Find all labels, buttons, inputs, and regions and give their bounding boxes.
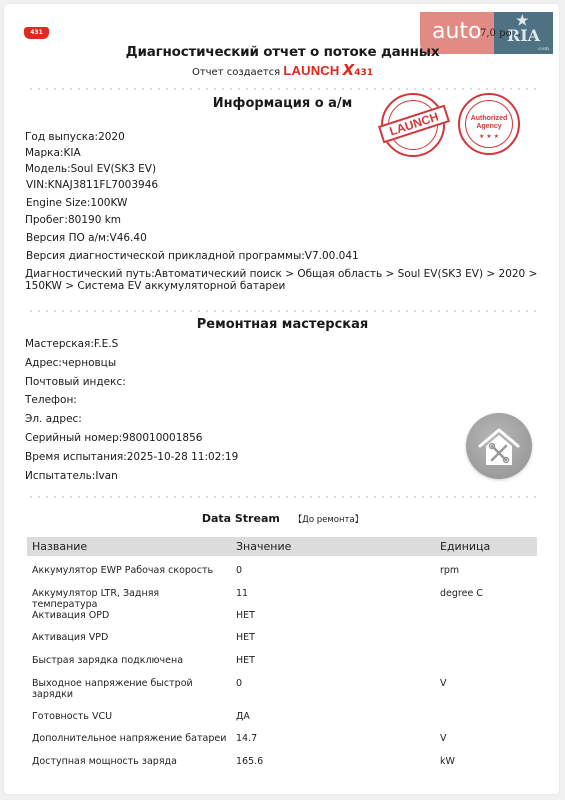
report-title: Диагностический отчет о потоке данных <box>0 44 565 60</box>
garage-tools-icon <box>466 413 532 479</box>
workshop-field: Время испытания:2025-10-28 11:02:19 <box>25 451 238 463</box>
cell-name: Доступная мощность заряда <box>32 756 227 767</box>
workshop-field: Мастерская:F.E.S <box>25 338 118 350</box>
agency-stamp-stars: ★ ★ ★ <box>460 133 518 140</box>
data-stream-heading: Data Stream <box>202 512 280 525</box>
workshop-field: Эл. адрес: <box>25 413 82 425</box>
vehicle-field: VIN:KNAJ3811FL7003946 <box>26 179 158 191</box>
watermark-overlay-text: 7,0 ро... <box>480 28 521 39</box>
cell-value: 0 <box>236 678 242 689</box>
cell-value: НЕТ <box>236 632 255 643</box>
workshop-field: Испытатель:Ivan <box>25 470 118 482</box>
cell-name: Активация OPD <box>32 610 227 621</box>
divider <box>27 310 537 312</box>
cell-name: Аккумулятор LTR, Задняя температура <box>32 588 227 610</box>
cell-value: 165.6 <box>236 756 263 767</box>
workshop-field: Серийный номер:980010001856 <box>25 432 202 444</box>
vehicle-field: Версия ПО а/м:V46.40 <box>26 232 147 244</box>
cell-name: Активация VPD <box>32 632 227 643</box>
cell-name: Аккумулятор EWP Рабочая скорость <box>32 565 227 576</box>
cell-name: Дополнительное напряжение батареи <box>32 733 227 744</box>
vehicle-field: Диагностический путь:Автоматический поис… <box>25 268 540 292</box>
x431-badge: 431 <box>24 27 49 39</box>
cell-value: 0 <box>236 565 242 576</box>
subtitle-prefix: Отчет создается <box>192 67 280 78</box>
column-header-unit: Единица <box>440 540 490 553</box>
divider <box>27 496 537 498</box>
vehicle-field: Engine Size:100KW <box>26 197 127 209</box>
workshop-field: Телефон: <box>25 394 77 406</box>
cell-name: Быстрая зарядка подключена <box>32 655 227 666</box>
cell-value: НЕТ <box>236 610 255 621</box>
cell-name: Готовность VCU <box>32 711 227 722</box>
vehicle-field: Год выпуска:2020 <box>25 131 125 143</box>
column-header-value: Значение <box>236 540 291 553</box>
report-subtitle: Отчет создается LAUNCH X431 <box>0 61 565 79</box>
divider <box>27 88 537 90</box>
cell-value: 11 <box>236 588 248 599</box>
cell-unit: V <box>440 678 447 689</box>
column-header-name: Название <box>32 540 87 553</box>
star-icon: ★ <box>516 14 529 28</box>
cell-name: Выходное напряжение быстрой зарядки <box>32 678 227 700</box>
vehicle-field: Пробег:80190 km <box>25 214 121 226</box>
data-stream-title: Data Stream 【До ремонта】 <box>0 512 565 525</box>
launch-stamp: LAUNCH <box>381 93 445 157</box>
cell-unit: kW <box>440 756 455 767</box>
data-stream-subtitle: 【До ремонта】 <box>294 515 364 525</box>
workshop-field: Почтовый индекс: <box>25 376 126 388</box>
cell-unit: V <box>440 733 447 744</box>
section-title-workshop: Ремонтная мастерская <box>0 317 565 332</box>
table-header: Название Значение Единица <box>27 537 537 556</box>
cell-value: ДА <box>236 711 250 722</box>
launch-x-logo: X <box>343 61 355 79</box>
workshop-field: Адрес:черновцы <box>25 357 116 369</box>
launch-logo: LAUNCH <box>283 63 339 78</box>
vehicle-field: Марка:KIA <box>25 147 81 159</box>
vehicle-field: Модель:Soul EV(SK3 EV) <box>25 163 156 175</box>
cell-value: НЕТ <box>236 655 255 666</box>
vehicle-field: Версия диагностической прикладной програ… <box>26 250 359 262</box>
cell-unit: degree C <box>440 588 483 599</box>
launch-model-number: 431 <box>354 68 373 78</box>
cell-value: 14.7 <box>236 733 257 744</box>
cell-unit: rpm <box>440 565 459 576</box>
authorized-agency-stamp: Authorized Agency ★ ★ ★ <box>458 93 520 155</box>
agency-stamp-text: Authorized Agency <box>460 115 518 131</box>
